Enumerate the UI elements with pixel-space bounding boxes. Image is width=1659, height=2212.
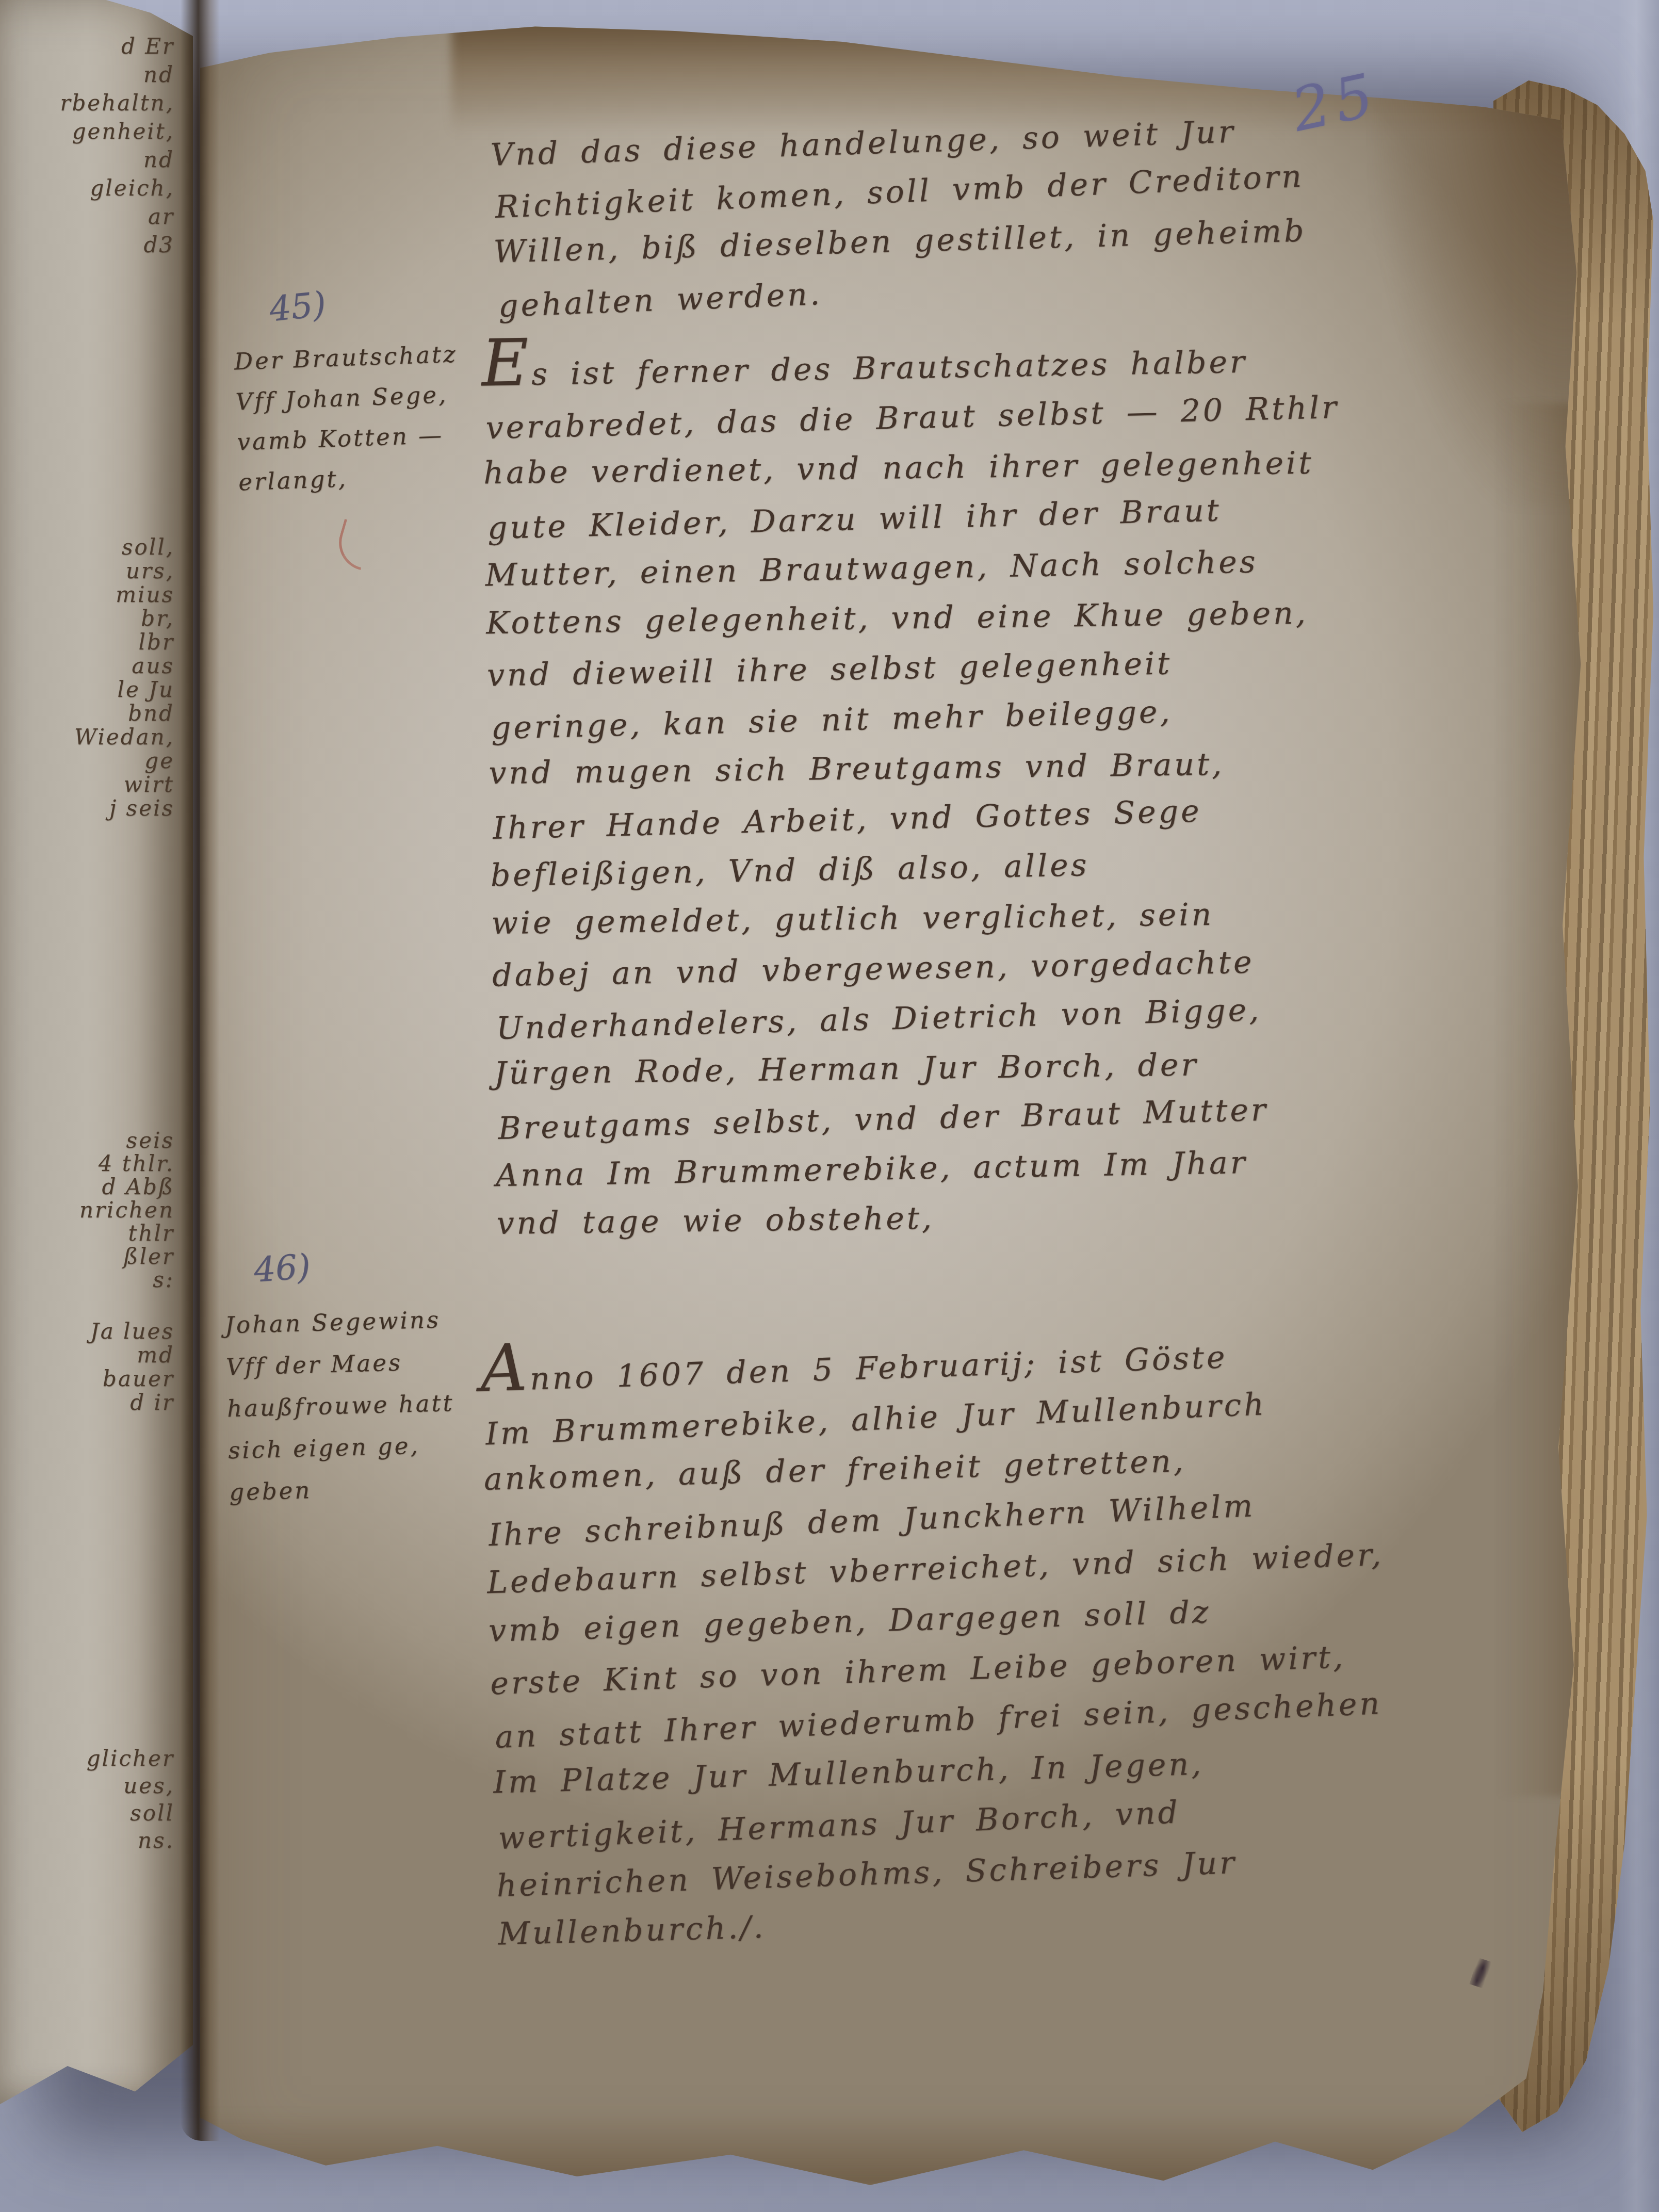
handwritten-line: le Ju xyxy=(0,678,174,702)
left-page-text-fragments: seis4 thlr.d Abßnrichenthlrßlers: xyxy=(0,1129,177,1291)
handwritten-line: glicher xyxy=(0,1745,174,1772)
handwritten-line: wie gemeldet, gutlich verglichet, sein xyxy=(491,888,1345,949)
handwritten-line: lbr xyxy=(0,630,174,654)
handwritten-line: d ir xyxy=(0,1391,174,1414)
handwritten-line: md xyxy=(0,1343,174,1367)
handwritten-line: j seis xyxy=(0,796,174,820)
handwritten-line: soll xyxy=(0,1799,174,1827)
handwritten-line: gleich, xyxy=(0,174,174,202)
left-page-text-fragments: d Erndrbehaltn,genheit,ndgleich,ard3 xyxy=(0,32,177,259)
handwritten-line: Wiedan, xyxy=(0,725,174,749)
manuscript-photo: d Erndrbehaltn,genheit,ndgleich,ard3 sol… xyxy=(0,0,1659,2212)
handwritten-line: genheit, xyxy=(0,117,174,145)
left-page-text-fragments: soll,urs,miusbr,lbrausle JubndWiedan,gew… xyxy=(0,535,177,820)
handwritten-line: seis xyxy=(0,1129,174,1152)
handwritten-line: Ja lues xyxy=(0,1320,174,1343)
handwritten-line: nd xyxy=(0,145,174,174)
handwritten-line: vnd tage wie obstehet, xyxy=(496,1189,1350,1249)
handwritten-line: d3 xyxy=(0,231,174,259)
handwritten-line: ns. xyxy=(0,1827,174,1854)
handwritten-line: thlr xyxy=(0,1222,174,1245)
handwritten-line: soll, xyxy=(0,535,174,559)
handwritten-line: s: xyxy=(0,1268,174,1291)
handwritten-line: nrichen xyxy=(0,1198,174,1222)
handwritten-line: mius xyxy=(0,583,174,607)
left-page-text-fragments: glicherues,sollns. xyxy=(0,1745,177,1854)
book-gutter-shadow xyxy=(181,0,220,2141)
handwritten-line: bnd xyxy=(0,702,174,725)
paragraph-2: Es ist ferner des Brautschatzes halberve… xyxy=(481,324,1351,1251)
handwritten-line: urs, xyxy=(0,559,174,583)
paper-stain-bottom xyxy=(200,2110,1596,2187)
handwritten-line: ues, xyxy=(0,1772,174,1799)
handwritten-line: aus xyxy=(0,654,174,678)
handwritten-line: wirt xyxy=(0,773,174,796)
handwritten-line: rbehaltn, xyxy=(0,89,174,117)
handwritten-line: d Abß xyxy=(0,1175,174,1198)
handwritten-line: nd xyxy=(0,60,174,89)
handwritten-line: ge xyxy=(0,749,174,773)
handwritten-line: Kottens gelegenheit, vnd eine Khue geben… xyxy=(486,588,1340,648)
left-page-text-fragments: Ja luesmdbauerd ir xyxy=(0,1320,177,1414)
handwritten-line: ßler xyxy=(0,1245,174,1268)
handwritten-line: br, xyxy=(0,607,174,630)
handwritten-line: 4 thlr. xyxy=(0,1152,174,1175)
margin-number-46: 46) xyxy=(252,1246,312,1290)
handwritten-line: d Er xyxy=(0,32,174,60)
paragraph-1: Vnd das diese handelunge, so weit JurRic… xyxy=(490,105,1308,328)
handwritten-line: ar xyxy=(0,202,174,231)
handwritten-line: bauer xyxy=(0,1367,174,1391)
paragraph-3: Anno 1607 den 5 Februarij; ist GösteIm B… xyxy=(480,1316,1395,1962)
margin-number-45: 45) xyxy=(267,284,328,329)
